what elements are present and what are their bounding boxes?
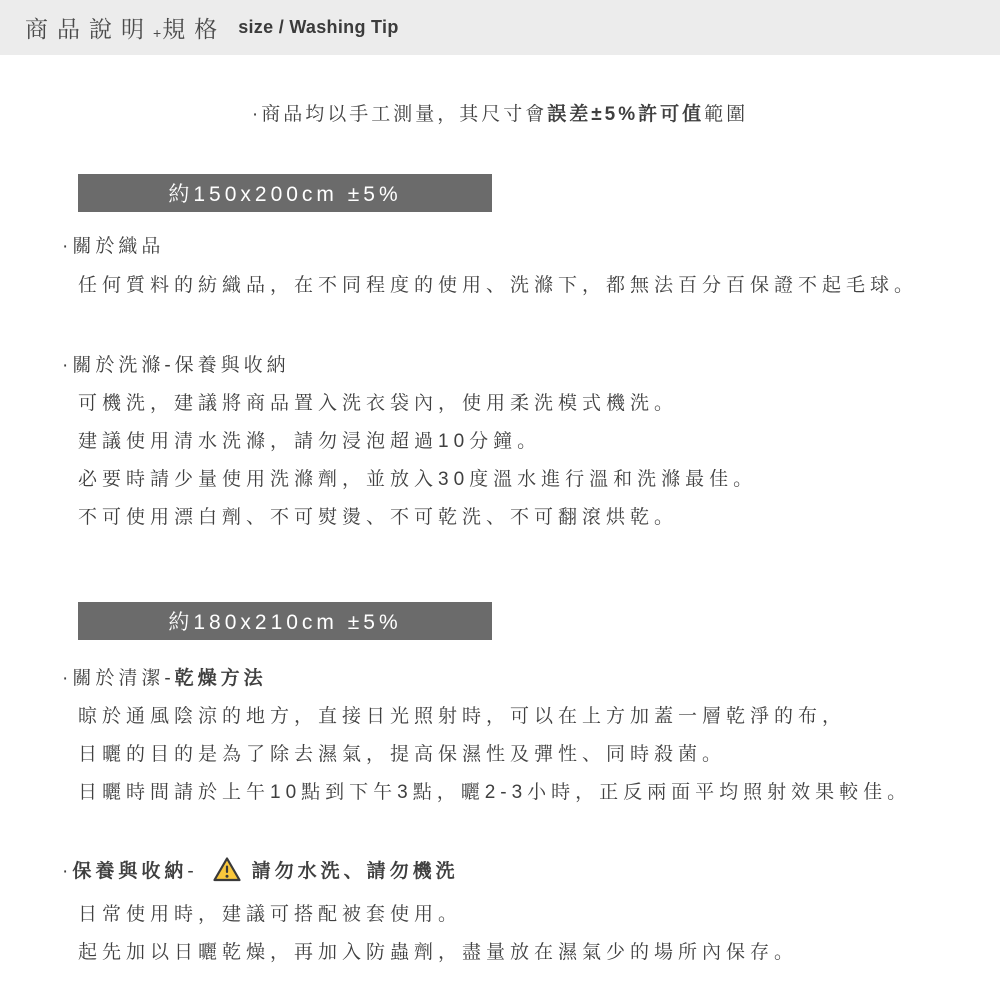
cleaning-text-line: 日曬的目的是為了除去濕氣，提高保濕性及彈性、同時殺菌。 — [78, 743, 1000, 767]
care-warning-text: 請勿水洗、請勿機洗 — [252, 860, 459, 884]
size-badge-label: 約150x200cm ±5% — [168, 178, 401, 208]
cleaning-title-bold: 乾燥方法 — [175, 668, 267, 689]
care-text-line: 日常使用時，建議可搭配被套使用。 — [78, 903, 1000, 927]
washing-text-line: 不可使用漂白劑、不可熨燙、不可乾洗、不可翻滾烘乾。 — [78, 506, 1000, 530]
measurement-note-post: 範圍 — [704, 104, 748, 125]
measurement-note: ·商品均以手工測量，其尺寸會誤差±5%許可值範圍 — [0, 99, 1000, 126]
size-badge-180x210: 約180x210cm ±5% — [78, 602, 492, 640]
section-title-care: ·保養與收納 - 請勿水洗、請勿機洗 — [62, 855, 1000, 889]
care-title-bullet: · — [62, 860, 72, 884]
washing-text-line: 必要時請少量使用洗滌劑，並放入30度溫水進行溫和洗滌最佳。 — [78, 468, 1000, 492]
section-title-washing: ·關於洗滌-保養與收納 — [62, 354, 1000, 378]
cleaning-title-pre: ·關於清潔- — [62, 668, 175, 689]
measurement-note-tolerance: 誤差±5%許可值 — [547, 104, 704, 125]
header-subtitle-en: size / Washing Tip — [238, 17, 398, 38]
section-title-cleaning: ·關於清潔-乾燥方法 — [62, 667, 1000, 691]
fabric-text-line: 任何質料的紡織品，在不同程度的使用、洗滌下，都無法百分百保證不起毛球。 — [78, 274, 1000, 298]
care-text-line: 起先加以日曬乾燥，再加入防蟲劑，盡量放在濕氣少的場所內保存。 — [78, 941, 1000, 965]
header-title-zh: 商品說明 — [25, 11, 153, 44]
header-title-zh2: 規格 — [162, 11, 226, 44]
washing-text-line: 建議使用清水洗滌，請勿浸泡超過10分鐘。 — [78, 430, 1000, 454]
washing-text-line: 可機洗，建議將商品置入洗衣袋內，使用柔洗模式機洗。 — [78, 392, 1000, 416]
section-header-bar: 商品說明 + 規格 size / Washing Tip — [0, 0, 1000, 55]
measurement-note-pre: ·商品均以手工測量，其尺寸會 — [252, 104, 547, 125]
size-badge-label: 約180x210cm ±5% — [168, 606, 401, 636]
size-badge-150x200: 約150x200cm ±5% — [78, 174, 492, 212]
cleaning-text-line: 日曬時間請於上午10點到下午3點，曬2-3小時，正反兩面平均照射效果較佳。 — [78, 781, 1000, 805]
care-title-bold: 保養與收納 — [72, 860, 187, 884]
care-title-dash: - — [187, 860, 197, 884]
product-description-page: 商品說明 + 規格 size / Washing Tip ·商品均以手工測量，其… — [0, 0, 1000, 1000]
cleaning-text-line: 晾於通風陰涼的地方，直接日光照射時，可以在上方加蓋一層乾淨的布， — [78, 705, 1000, 729]
header-plus-separator: + — [153, 25, 161, 41]
warning-triangle-icon — [212, 856, 242, 890]
section-title-fabric: ·關於織品 — [62, 235, 1000, 259]
